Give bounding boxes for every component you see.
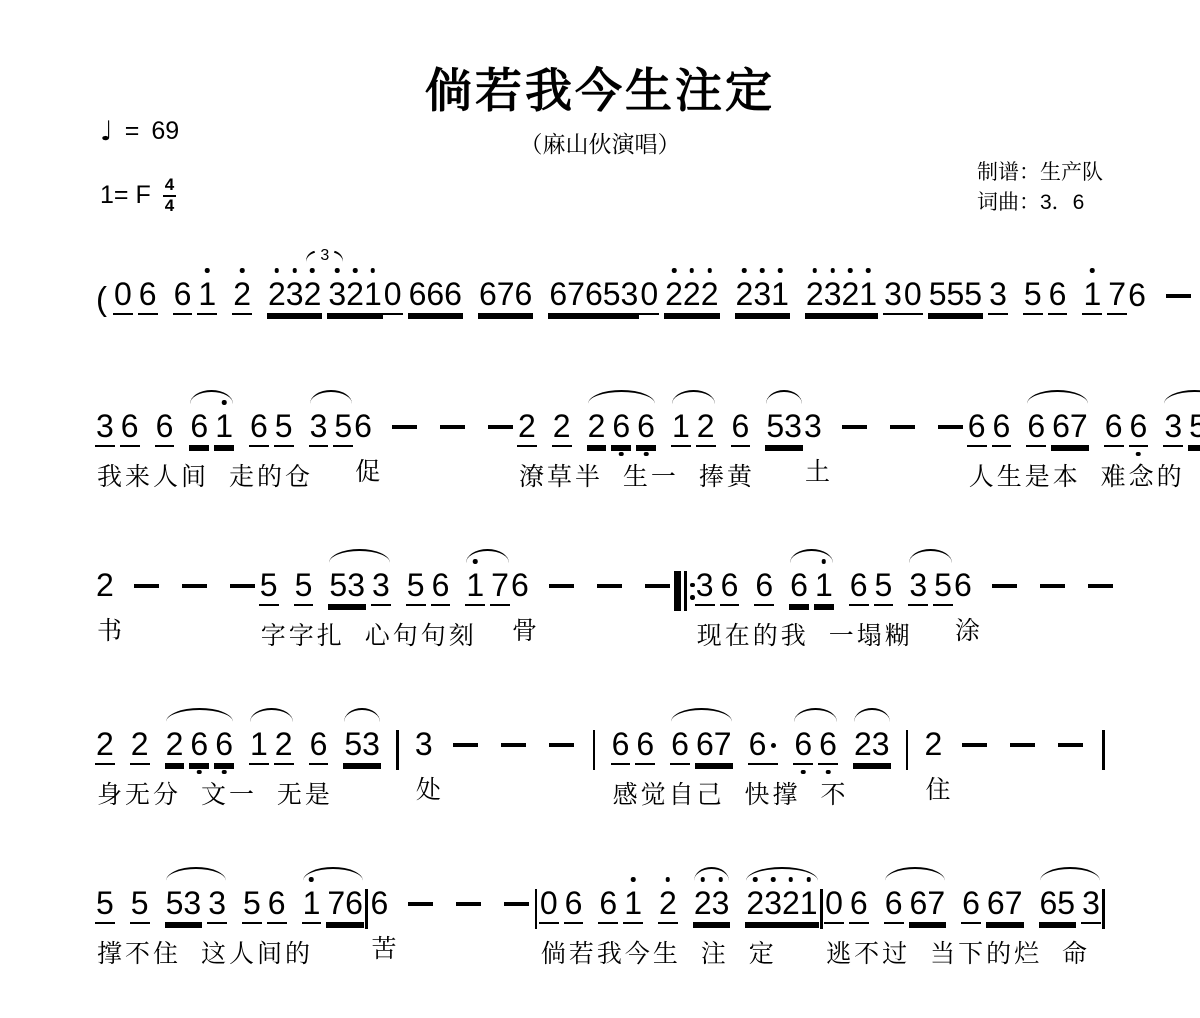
key-signature: 1= F 4 4 xyxy=(100,176,176,215)
beat-group: 6 xyxy=(370,887,390,919)
note: 6 xyxy=(635,728,655,765)
note: 6 xyxy=(754,569,774,606)
dash-note xyxy=(408,902,433,906)
beat-group xyxy=(226,584,259,601)
measure: 2226612653身无分 文一 无是 xyxy=(95,702,381,811)
notes-row: 06612232321 xyxy=(539,861,819,924)
high-octave-dot xyxy=(806,877,811,882)
note: 2 xyxy=(923,728,943,760)
measure: 066667667653 xyxy=(383,252,640,315)
beat-group xyxy=(988,584,1021,601)
note: 6 xyxy=(510,569,530,601)
note: 1 xyxy=(249,728,269,765)
high-octave-dot xyxy=(240,268,245,273)
note: 2 xyxy=(696,410,716,447)
staff-system: 5553356176撑不住 这人间的6苦06612232321倘若我今生 注 定… xyxy=(95,861,1105,970)
credit-arranger: 制谱：生产队 xyxy=(977,158,1103,188)
barline xyxy=(820,889,823,929)
slur-group: 53 xyxy=(765,410,803,447)
note: 65 xyxy=(1039,887,1077,924)
beat-group: 66 xyxy=(1104,410,1149,447)
measure: 3处 xyxy=(414,702,578,806)
measure: 06667667653逃不过 当下的烂 命 xyxy=(824,861,1101,970)
note: 555 xyxy=(928,278,983,315)
beat-group: 23213 xyxy=(805,278,903,315)
beat-group: 667 xyxy=(961,887,1023,924)
beat-group: 65 xyxy=(849,569,894,606)
note: 2321 xyxy=(805,278,878,315)
high-octave-dot xyxy=(310,268,315,273)
beat-group: 2 xyxy=(517,410,537,447)
slur-group: 533 xyxy=(328,569,390,606)
dash-note xyxy=(962,743,987,747)
note: 2 xyxy=(274,728,294,765)
note: 3 xyxy=(1163,410,1183,447)
slur-group: 266 xyxy=(587,410,656,447)
dash-note xyxy=(938,425,963,429)
note: 7 xyxy=(1107,278,1127,315)
beat-group: 66 xyxy=(611,728,656,765)
notes-row: 6666766353 xyxy=(967,384,1200,447)
beat-group: 231 xyxy=(735,278,790,315)
high-octave-dot xyxy=(789,877,794,882)
high-octave-dot xyxy=(742,268,747,273)
note: 1 xyxy=(623,887,643,924)
note: 6 xyxy=(884,887,904,924)
beat-group xyxy=(484,425,517,442)
note: 0 xyxy=(113,278,133,315)
measure: 6促 xyxy=(353,384,517,488)
measure: 6666766623感觉自己 快撑 不 xyxy=(611,702,891,811)
note: 1 xyxy=(814,569,834,606)
staff-line: 366616535我来人间 走的仓6促2226612653潦草半 生一 捧黄3土… xyxy=(95,384,1105,493)
measure: 6苦 xyxy=(370,861,534,965)
note: 2 xyxy=(130,728,150,765)
note: 6 xyxy=(1129,410,1149,447)
beat-group: 61 xyxy=(173,278,218,315)
credits: 制谱：生产队 词曲：3．6 xyxy=(977,158,1103,219)
beat-group: 0666 xyxy=(383,278,463,315)
note: 1 xyxy=(214,410,234,447)
barline xyxy=(1102,730,1105,770)
note: 76 xyxy=(326,887,364,924)
note: 5 xyxy=(130,887,150,924)
beat-group: 2 xyxy=(658,887,678,924)
note: 676 xyxy=(478,278,533,315)
note: 5 xyxy=(874,569,894,606)
notes-row: 6 xyxy=(353,384,517,442)
notes-row: 2226612653 xyxy=(517,384,803,447)
lyric-line: 字字扎 心句句刻 xyxy=(259,616,510,652)
note: 6 xyxy=(849,569,869,606)
note: 3 xyxy=(207,887,227,924)
measure: 6骨 xyxy=(510,543,674,647)
measure: 2书 xyxy=(95,543,259,647)
beat-group: (06 xyxy=(95,278,158,315)
note: 6 xyxy=(967,410,987,447)
beat-group: 6 xyxy=(953,569,973,601)
beat-group: 2 xyxy=(232,278,252,315)
note: 1 xyxy=(465,569,485,606)
beat-group: 6 xyxy=(748,728,779,765)
lyric-line: 身无分 文一 无是 xyxy=(95,775,381,811)
time-denominator: 4 xyxy=(165,197,174,216)
note: 321 xyxy=(327,278,382,315)
low-octave-dot xyxy=(1136,452,1141,457)
notes-row: 022223123213 xyxy=(639,252,903,315)
note: 2321 xyxy=(745,887,818,924)
note: 3 xyxy=(695,569,715,606)
note: 5 xyxy=(274,410,294,447)
measure: 2226612653潦草半 生一 捧黄 xyxy=(517,384,803,493)
note: 6 xyxy=(849,887,869,924)
lyric-line: 逃不过 当下的烂 命 xyxy=(824,934,1101,970)
beat-group xyxy=(497,743,530,760)
performer-subtitle: （麻山伙演唱） xyxy=(0,126,1200,159)
lyric-line: 撑不住 这人间的 xyxy=(95,934,364,970)
staff-system: (066123232321066667667653022223123213055… xyxy=(95,252,1105,320)
note: 6 xyxy=(1048,278,1068,315)
high-octave-dot xyxy=(309,877,314,882)
high-octave-dot xyxy=(335,268,340,273)
beat-group: 6 xyxy=(754,569,774,606)
slur-group: 53 xyxy=(343,728,381,765)
beat-group: 5 xyxy=(259,569,279,606)
low-octave-dot xyxy=(826,770,831,775)
thick-barline xyxy=(674,571,681,611)
note: 2 xyxy=(587,410,607,447)
notes-row: 2226612653 xyxy=(95,702,381,765)
note: 67 xyxy=(986,887,1024,924)
dash-note xyxy=(501,743,526,747)
note: 6 xyxy=(267,887,287,924)
low-octave-dot xyxy=(644,452,649,457)
beat-group xyxy=(404,902,437,919)
measure: 366616535现在的我 一塌糊 xyxy=(695,543,953,652)
note: 6 xyxy=(138,278,158,315)
note: 3 xyxy=(908,569,928,606)
time-numerator: 4 xyxy=(163,176,176,197)
dash-note xyxy=(392,425,417,429)
lyric-line: 处 xyxy=(414,770,578,806)
note: 2 xyxy=(95,728,115,765)
note: 6 xyxy=(189,728,209,765)
note: 5 xyxy=(1023,278,1043,315)
beat-group: 6 xyxy=(510,569,530,601)
beat-group: 5 xyxy=(95,887,115,924)
beat-group: 6 xyxy=(155,410,175,447)
beat-group: 36 xyxy=(95,410,140,447)
lyric-line: 倘若我今生 注 定 xyxy=(539,934,819,970)
note: 67 xyxy=(909,887,947,924)
beat-group: 56 xyxy=(1023,278,1068,315)
beat-group xyxy=(1006,743,1039,760)
beat-group: 06 xyxy=(824,887,869,924)
notes-row: 6) xyxy=(1127,252,1200,311)
beat-group xyxy=(130,584,163,601)
measure: 06612232321倘若我今生 注 定 xyxy=(539,861,819,970)
measure: 022223123213 xyxy=(639,252,903,315)
note: 3 xyxy=(988,278,1008,315)
high-octave-dot xyxy=(371,268,376,273)
credit-composer: 词曲：3．6 xyxy=(977,188,1103,218)
slur-group: 667 xyxy=(1026,410,1088,447)
dash-note xyxy=(182,584,207,588)
high-octave-dot xyxy=(672,268,677,273)
high-octave-dot xyxy=(353,268,358,273)
low-octave-dot xyxy=(801,770,806,775)
augmentation-dot xyxy=(771,743,776,748)
note: 67 xyxy=(1051,410,1089,447)
slur-group: 23 xyxy=(853,728,891,765)
note: 5 xyxy=(333,410,353,447)
lyric-line: 现在的我 一塌糊 xyxy=(695,616,953,652)
note: 5 xyxy=(933,569,953,606)
high-octave-dot xyxy=(631,877,636,882)
staff-line: (066123232321066667667653022223123213055… xyxy=(95,252,1105,320)
notes-row: 3 xyxy=(803,384,967,442)
barline xyxy=(535,889,538,929)
beat-group xyxy=(388,425,421,442)
note: 6 xyxy=(818,728,838,765)
note: 6 xyxy=(789,569,809,606)
beat-group xyxy=(545,743,578,760)
note: 6 xyxy=(214,728,234,765)
time-signature: 4 4 xyxy=(163,176,176,215)
slur-group: 35 xyxy=(908,569,953,606)
note: 0 xyxy=(903,278,923,315)
parenthesis: ( xyxy=(95,282,108,315)
lyric-line: 潦草半 生一 捧黄 xyxy=(517,457,803,493)
high-octave-dot xyxy=(866,268,871,273)
note: 6 xyxy=(1127,279,1147,311)
notes-row: 06667667653 xyxy=(824,861,1101,924)
high-octave-dot xyxy=(822,559,827,564)
beat-group xyxy=(1054,743,1087,760)
notes-row: 6 xyxy=(953,543,1117,601)
notes-row: 555335617 xyxy=(259,543,510,606)
thin-barline xyxy=(684,571,687,611)
tuplet-mark: 3 xyxy=(267,247,383,265)
slur-group: 266 xyxy=(165,728,234,765)
slur-group: 12 xyxy=(249,728,294,765)
note: 53 xyxy=(165,887,203,924)
beat-group: 6 xyxy=(731,410,751,447)
beat-group xyxy=(1036,584,1069,601)
note: 3 xyxy=(1081,887,1101,924)
beat-group: 6 xyxy=(1127,279,1147,311)
notes-row: 2 xyxy=(95,543,259,601)
staff-system: 2书555335617字字扎 心句句刻6骨366616535现在的我 一塌糊6涂 xyxy=(95,543,1105,652)
note: 7 xyxy=(490,569,510,606)
note: 3 xyxy=(309,410,329,447)
slur-group: 667 xyxy=(884,887,946,924)
dash-note xyxy=(440,425,465,429)
notes-row: 066667667653 xyxy=(383,252,640,315)
note: 6 xyxy=(1104,410,1124,447)
high-octave-dot xyxy=(1090,268,1095,273)
lyric-line: 苦 xyxy=(370,929,534,965)
staff-line: 5553356176撑不住 这人间的6苦06612232321倘若我今生 注 定… xyxy=(95,861,1105,970)
beat-group: 0222 xyxy=(639,278,719,315)
note: 5 xyxy=(259,569,279,606)
note: 6 xyxy=(249,410,269,447)
lyric-line: 人生是本 难念的 xyxy=(967,457,1200,493)
dash-note xyxy=(1010,743,1035,747)
lyric-line: 涂 xyxy=(953,611,1117,647)
dash-note xyxy=(992,584,1017,588)
lyric-line: 我来人间 走的仓 xyxy=(95,457,353,493)
note: 6 xyxy=(564,887,584,924)
note: 1 xyxy=(197,278,217,315)
low-octave-dot xyxy=(619,452,624,457)
dash-note xyxy=(1040,584,1065,588)
dash-note xyxy=(1058,743,1083,747)
slur-group: 12 xyxy=(671,410,716,447)
key-label: 1= F xyxy=(100,181,151,210)
note: 6 xyxy=(173,278,193,315)
notes-row: (066123232321 xyxy=(95,252,383,315)
notes-row: 366616535 xyxy=(95,384,353,447)
note: 67653 xyxy=(548,278,639,315)
note: 3 xyxy=(95,410,115,447)
beat-group: 3 xyxy=(414,728,434,760)
measure: 555335617字字扎 心句句刻 xyxy=(259,543,510,652)
measure: (066123232321 xyxy=(95,252,383,315)
notes-row: 2 xyxy=(923,702,1087,760)
beat-group xyxy=(436,425,469,442)
note: 6 xyxy=(720,569,740,606)
note: 23 xyxy=(853,728,891,765)
note: 1 xyxy=(302,887,322,924)
dash-note xyxy=(134,584,159,588)
high-octave-dot xyxy=(292,268,297,273)
note: 67 xyxy=(695,728,733,765)
high-octave-dot xyxy=(690,268,695,273)
high-octave-dot xyxy=(205,268,210,273)
high-octave-dot xyxy=(222,400,227,405)
beat-group xyxy=(178,584,211,601)
notes-row: 6666766623 xyxy=(611,702,891,765)
beat-group: 05553 xyxy=(903,278,1008,315)
note: 6 xyxy=(636,410,656,447)
note: 53 xyxy=(1188,410,1200,447)
dash-note xyxy=(230,584,255,588)
beat-group xyxy=(449,743,482,760)
dash-note xyxy=(645,584,670,588)
beat-group: 17 xyxy=(1082,278,1127,315)
high-octave-dot xyxy=(666,877,671,882)
note: 2 xyxy=(658,887,678,924)
high-octave-dot xyxy=(753,877,758,882)
barline xyxy=(365,889,368,929)
beat-group: 2 xyxy=(552,410,572,447)
beat-group: 06 xyxy=(539,887,584,924)
high-octave-dot xyxy=(707,268,712,273)
notes-row: 3 xyxy=(414,702,578,760)
score: (066123232321066667667653022223123213055… xyxy=(0,252,1200,970)
beat-group: 56 xyxy=(242,887,287,924)
high-octave-dot xyxy=(778,268,783,273)
note: 6 xyxy=(1026,410,1046,447)
note: 1 xyxy=(671,410,691,447)
lyric-line: 骨 xyxy=(510,611,674,647)
note: 53 xyxy=(343,728,381,765)
note: 2 xyxy=(552,410,572,447)
low-octave-dot xyxy=(197,770,202,775)
beat-group: 3232321 xyxy=(267,278,383,315)
slur-group: 667 xyxy=(670,728,732,765)
note: 5 xyxy=(406,569,426,606)
dash-note xyxy=(842,425,867,429)
note: 0 xyxy=(539,887,559,924)
slur-group: 353 xyxy=(1163,410,1200,447)
notes-row: 366616535 xyxy=(695,543,953,606)
beat-group xyxy=(886,425,919,442)
beat-group xyxy=(958,743,991,760)
slur-group: 66 xyxy=(793,728,838,765)
note: 222 xyxy=(664,278,719,315)
beat-group xyxy=(1084,584,1117,601)
measure: 366616535我来人间 走的仓 xyxy=(95,384,353,493)
song-title: 倘若我今生注定 xyxy=(0,54,1200,121)
dash-note xyxy=(456,902,481,906)
beat-group: 61 xyxy=(598,887,643,924)
note: 3 xyxy=(414,728,434,760)
note: 6 xyxy=(670,728,690,765)
note: 6 xyxy=(155,410,175,447)
slur-group: 23 xyxy=(693,887,731,924)
slur-group: 35 xyxy=(309,410,354,447)
high-octave-dot xyxy=(771,877,776,882)
note: 6 xyxy=(370,887,390,919)
measure: 5553356176撑不住 这人间的 xyxy=(95,861,364,970)
note: 23 xyxy=(693,887,731,924)
note: 6 xyxy=(961,887,981,924)
high-octave-dot xyxy=(830,268,835,273)
staff-system: 366616535我来人间 走的仓6促2226612653潦草半 生一 捧黄3土… xyxy=(95,384,1105,493)
dash-note xyxy=(549,743,574,747)
slur-group: 61 xyxy=(189,410,234,447)
note: 2 xyxy=(95,569,115,601)
note: 231 xyxy=(735,278,790,315)
high-octave-dot xyxy=(473,559,478,564)
note: 53 xyxy=(328,569,366,606)
staff-line: 2226612653身无分 文一 无是3处6666766623感觉自己 快撑 不… xyxy=(95,702,1105,811)
dash-note xyxy=(1088,584,1113,588)
beat-group xyxy=(838,425,871,442)
note: 0 xyxy=(824,887,844,924)
beat-group: 67653 xyxy=(548,278,639,315)
note: 6 xyxy=(309,728,329,765)
note: 5 xyxy=(294,569,314,606)
beat-group: 2 xyxy=(130,728,150,765)
beat-group: 5 xyxy=(294,569,314,606)
note: 3 xyxy=(803,410,823,442)
beat-group xyxy=(500,902,533,919)
slur-group: 61 xyxy=(789,569,834,606)
high-octave-dot xyxy=(848,268,853,273)
beat-group: 65 xyxy=(249,410,294,447)
measure: 6涂 xyxy=(953,543,1117,647)
note: 6 xyxy=(953,569,973,601)
high-octave-dot xyxy=(700,877,705,882)
beat-group: 2 xyxy=(95,569,115,601)
measure: 2住 xyxy=(923,702,1087,806)
lyric-line: 书 xyxy=(95,611,259,647)
measure: 6666766353人生是本 难念的 xyxy=(967,384,1200,493)
repeat-start-barline xyxy=(674,571,695,611)
